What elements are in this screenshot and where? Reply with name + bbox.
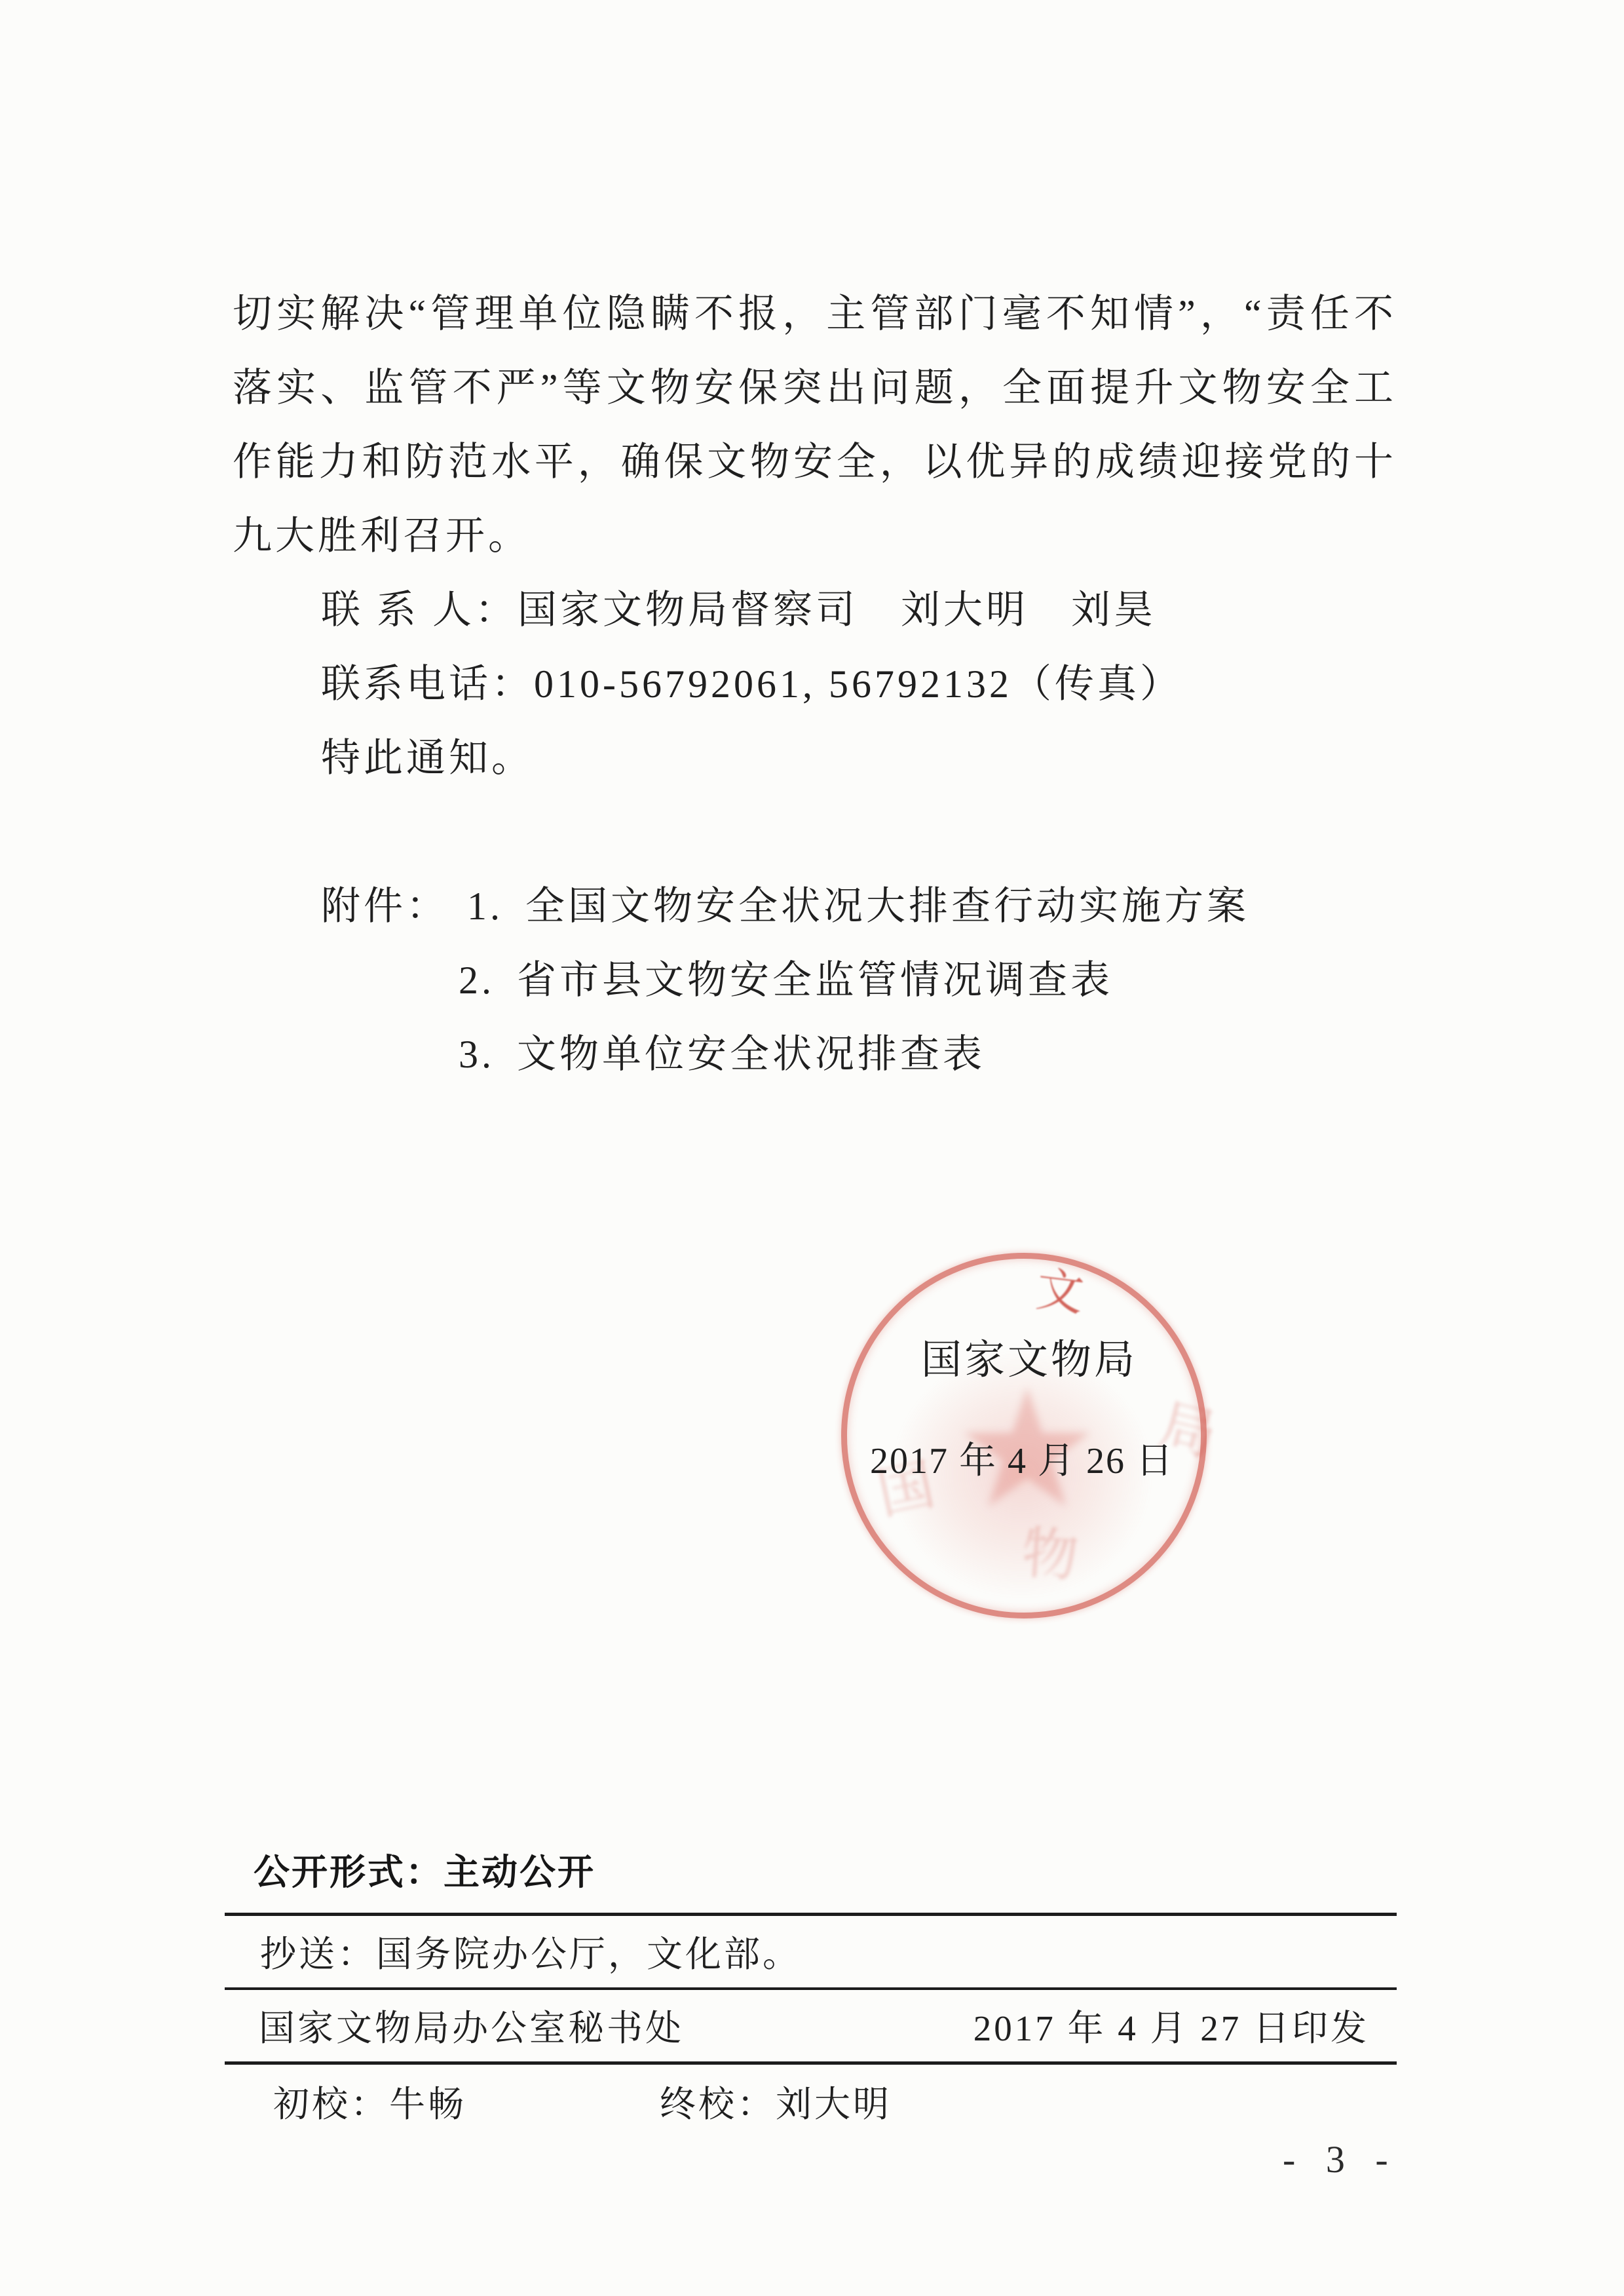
paragraph-line: 落实、监管不严”等文物安保突出问题，全面提升文物安全工	[233, 351, 1397, 425]
paragraph-line: 作能力和防范水平，确保文物安全，以优异的成绩迎接党的十	[233, 425, 1397, 499]
signature-date: 2017 年 4 月 26 日	[870, 1436, 1174, 1486]
paragraph-line: 九大胜利召开。	[233, 499, 1397, 573]
page-number: - 3 -	[1283, 2136, 1399, 2183]
blank-line	[233, 795, 1397, 870]
body-text-block: 切实解决“管理单位隐瞒不报，主管部门毫不知情”，“责任不 落实、监管不严”等文物…	[233, 277, 1397, 1092]
signature-organization: 国家文物局	[921, 1334, 1137, 1387]
first-proofreader: 初校：牛畅	[273, 2075, 466, 2134]
issue-date: 2017 年 4 月 27 日印发	[973, 1999, 1369, 2058]
divider	[225, 1913, 1397, 1916]
contact-line: 联 系 人：国家文物局督察司 刘大明 刘昊	[233, 573, 1397, 647]
attachments-label: 附件：	[321, 885, 449, 928]
notice-line: 特此通知。	[233, 721, 1397, 795]
attachment-number: 2.	[459, 959, 495, 1002]
attachment-number: 3.	[459, 1033, 495, 1076]
attachment-item: 3.文物单位安全状况排查表	[233, 1018, 1397, 1092]
issuer-office: 国家文物局办公室秘书处	[259, 1999, 684, 2058]
divider	[225, 2061, 1397, 2065]
final-proofreader: 终校：刘大明	[660, 2075, 892, 2134]
attachment-title: 文物单位安全状况排查表	[517, 1033, 985, 1076]
cc-line: 抄送：国务院办公厅，文化部。	[260, 1925, 801, 1984]
seal-character-icon: 文	[1034, 1266, 1086, 1318]
disclosure-line: 公开形式：主动公开	[254, 1843, 595, 1902]
attachment-item: 2.省市县文物安全监管情况调查表	[233, 944, 1397, 1018]
attachment-number: 1.	[467, 885, 503, 928]
phone-line: 联系电话：010-56792061, 56792132（传真）	[233, 647, 1397, 721]
issuer-row: 国家文物局办公室秘书处 2017 年 4 月 27 日印发	[259, 1999, 1369, 2058]
divider	[225, 1987, 1397, 1990]
attachment-title: 全国文物安全状况大排查行动实施方案	[525, 885, 1249, 928]
attachment-item: 附件：1.全国文物安全状况大排查行动实施方案	[233, 870, 1397, 944]
attachment-title: 省市县文物安全监管情况调查表	[517, 959, 1113, 1002]
paragraph-line: 切实解决“管理单位隐瞒不报，主管部门毫不知情”，“责任不	[233, 277, 1397, 351]
seal-ring	[841, 1253, 1207, 1618]
document-page: 切实解决“管理单位隐瞒不报，主管部门毫不知情”，“责任不 落实、监管不严”等文物…	[0, 0, 1624, 2296]
